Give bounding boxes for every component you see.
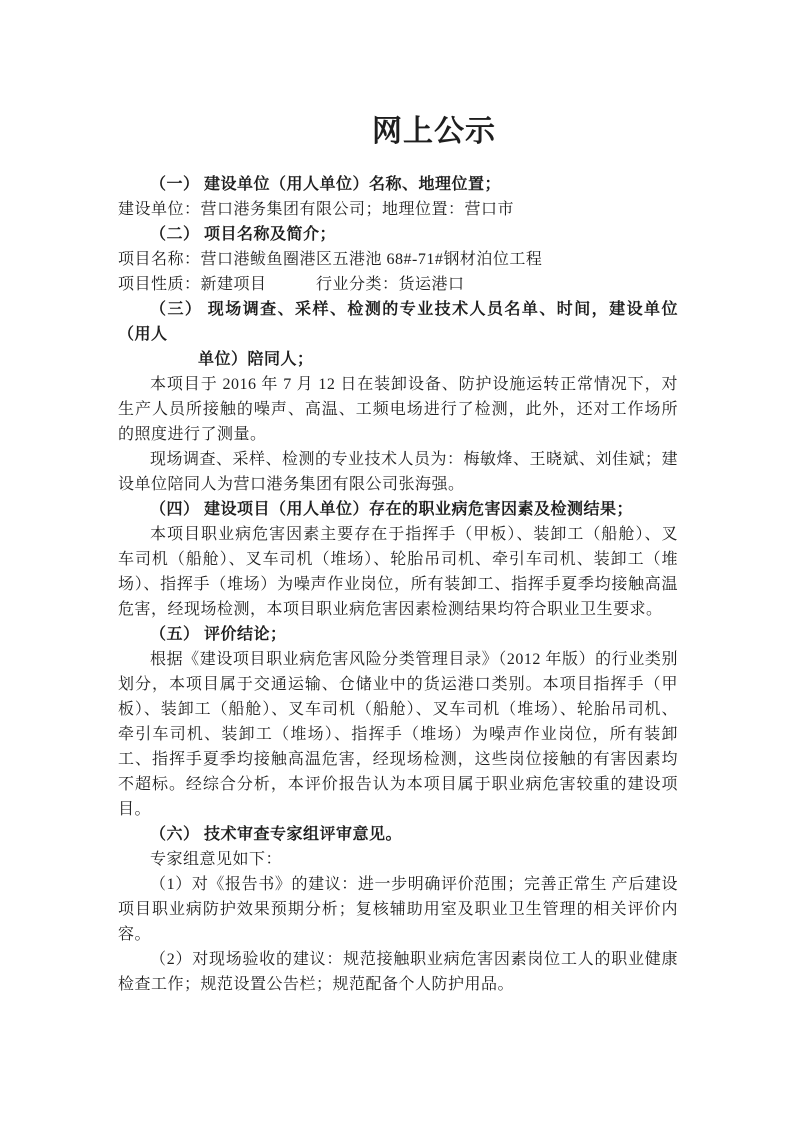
section-3-heading-line-2: 单位）陪同人； [118,347,678,372]
survey-paragraph: 本项目于 2016 年 7 月 12 日在装卸设备、防护设施运转正常情况下，对生… [118,372,678,447]
expert-suggestion-2: （2）对现场验收的建议：规范接触职业病危害因素岗位工人的职业健康检查工作；规范设… [118,947,678,997]
project-name-line: 项目名称：营口港鲅鱼圈港区五港池 68#-71#钢材泊位工程 [118,247,678,272]
expert-suggestion-1: （1）对《报告书》的建议：进一步明确评价范围；完善正常生 产后建设项目职业病防护… [118,872,678,947]
section-1-heading: （一） 建设单位（用人单位）名称、地理位置； [118,172,678,197]
document-page: 网上公示 （一） 建设单位（用人单位）名称、地理位置； 建设单位：营口港务集团有… [118,112,678,997]
personnel-paragraph: 现场调查、采样、检测的专业技术人员为：梅敏烽、王晓斌、刘佳斌；建设单位陪同人为营… [118,447,678,497]
project-type-line: 项目性质：新建项目 行业分类：货运港口 [118,272,678,297]
org-location-line: 建设单位：营口港务集团有限公司；地理位置：营口市 [118,197,678,222]
section-3-heading-line-1: （三） 现场调查、采样、检测的专业技术人员名单、时间，建设单位（用人 [118,297,678,347]
section-5-heading: （五） 评价结论； [118,622,678,647]
section-6-heading: （六） 技术审查专家组评审意见。 [118,822,678,847]
experts-intro-line: 专家组意见如下： [118,847,678,872]
page-title: 网上公示 [154,112,714,152]
section-4-heading: （四） 建设项目（用人单位）存在的职业病危害因素及检测结果； [118,497,678,522]
conclusion-paragraph: 根据《建设项目职业病危害风险分类管理目录》（2012 年版）的行业类别划分，本项… [118,647,678,822]
hazard-factors-paragraph: 本项目职业病危害因素主要存在于指挥手（甲板）、装卸工（船舱）、叉车司机（船舱）、… [118,522,678,622]
section-2-heading: （二） 项目名称及简介； [118,222,678,247]
